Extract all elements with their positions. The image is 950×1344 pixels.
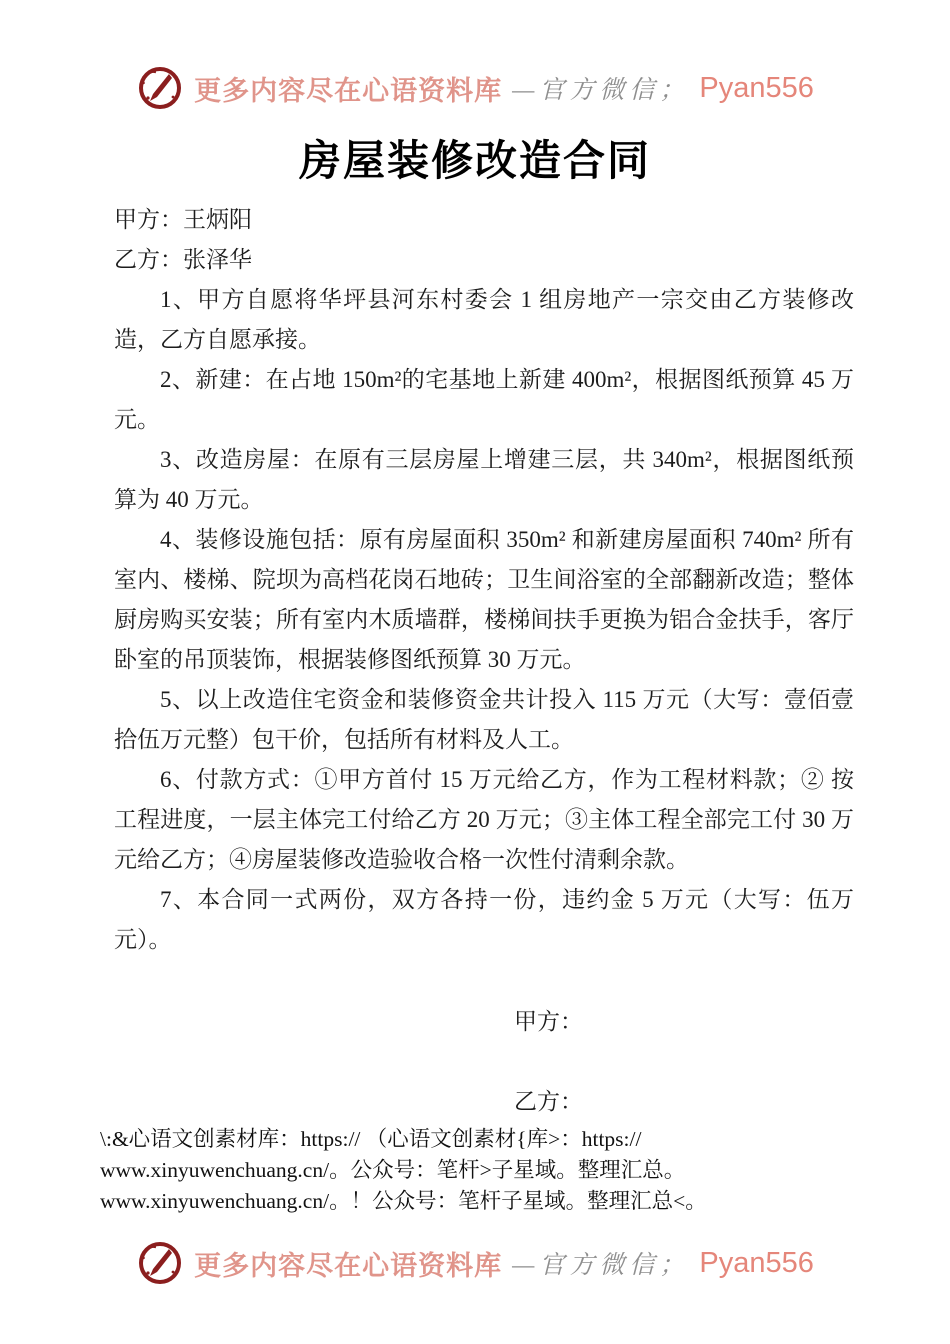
pen-circle-logo-icon (136, 64, 184, 112)
banner-wechat-label: —官方微信； (512, 1245, 689, 1281)
party-b-line: 乙方：张泽华 (114, 240, 854, 280)
banner-slogan-text: 更多内容尽在心语资料库 (194, 69, 502, 108)
banner-wechat-id: Pyan556 (699, 1247, 814, 1280)
source-note-line-2: www.xinyuwenchuang.cn/。公众号：笔杆>子星域。整理汇总。 (100, 1155, 870, 1186)
contract-document-page: 更多内容尽在心语资料库—官方微信；Pyan556 房屋装修改造合同 甲方：王炳阳… (0, 0, 950, 1344)
clause-3: 3、改造房屋：在原有三层房屋上增建三层，共 340m²，根据图纸预算为 40 万… (114, 440, 854, 520)
banner-wechat-id: Pyan556 (699, 72, 814, 105)
clause-7: 7、本合同一式两份，双方各持一份，违约金 5 万元（大写：伍万元）。 (114, 880, 854, 960)
clause-4: 4、装修设施包括：原有房屋面积 350m² 和新建房屋面积 740m² 所有室内… (114, 520, 854, 680)
clause-2: 2、新建：在占地 150m²的宅基地上新建 400m²，根据图纸预算 45 万元… (114, 360, 854, 440)
bottom-promo-banner: 更多内容尽在心语资料库—官方微信；Pyan556 (0, 1231, 950, 1295)
banner-wechat-label: —官方微信； (512, 70, 689, 106)
clause-6: 6、付款方式：①甲方首付 15 万元给乙方，作为工程材料款；② 按工程进度，一层… (114, 760, 854, 880)
party-a-line: 甲方：王炳阳 (114, 200, 854, 240)
signature-party-b-label: 乙方： (114, 1082, 854, 1122)
clause-1: 1、甲方自愿将华坪县河东村委会 1 组房地产一宗交由乙方装修改造，乙方自愿承接。 (114, 280, 854, 360)
banner-slogan-text: 更多内容尽在心语资料库 (194, 1244, 502, 1283)
signature-party-a-label: 甲方： (114, 1002, 854, 1042)
pen-circle-logo-icon (136, 1239, 184, 1287)
top-promo-banner: 更多内容尽在心语资料库—官方微信；Pyan556 (0, 0, 950, 120)
source-notes: \:&心语文创素材库：https:// （心语文创素材{库>：https:// … (0, 1122, 950, 1217)
source-note-line-3: www.xinyuwenchuang.cn/。！公众号：笔杆子星域。整理汇总<。 (100, 1186, 870, 1217)
contract-title: 房屋装修改造合同 (0, 128, 950, 188)
contract-body: 甲方：王炳阳 乙方：张泽华 1、甲方自愿将华坪县河东村委会 1 组房地产一宗交由… (0, 194, 950, 1122)
source-note-line-1: \:&心语文创素材库：https:// （心语文创素材{库>：https:// (100, 1124, 870, 1155)
clause-5: 5、以上改造住宅资金和装修资金共计投入 115 万元（大写：壹佰壹拾伍万元整）包… (114, 680, 854, 760)
